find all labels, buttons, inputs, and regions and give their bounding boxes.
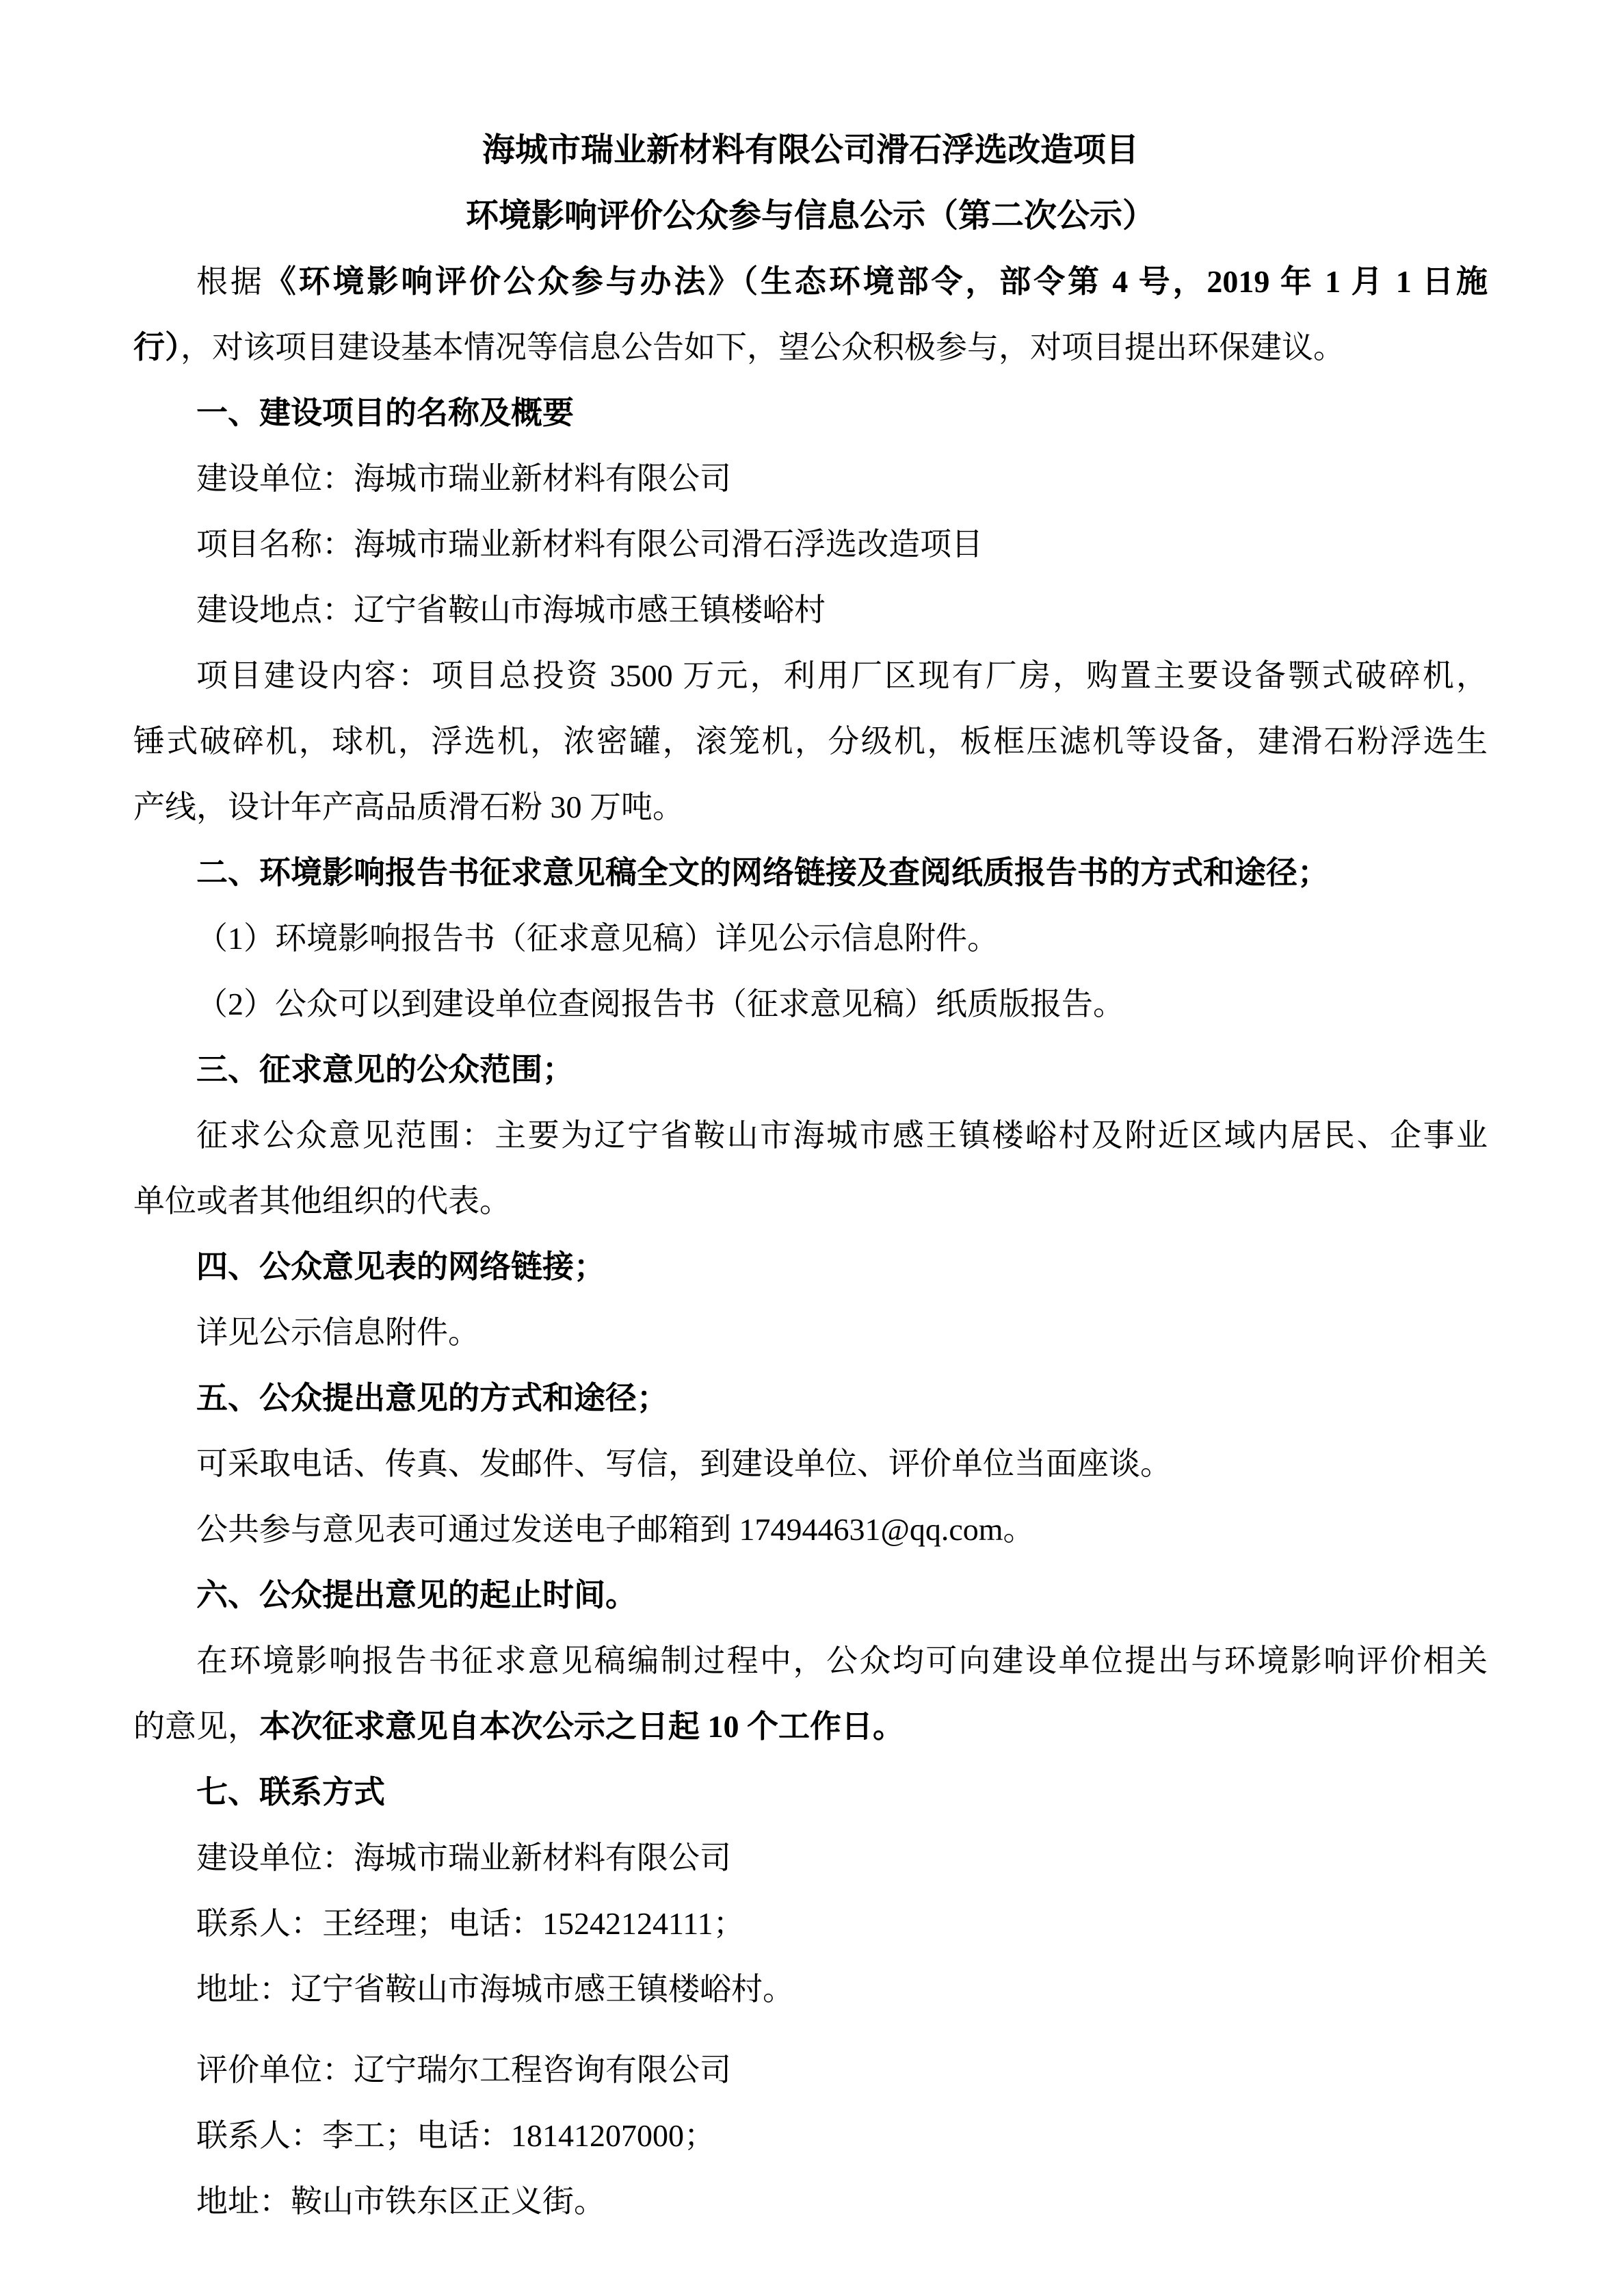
report-access-item-1: （1）环境影响报告书（征求意见稿）详见公示信息附件。: [133, 906, 1488, 971]
document-content: 海城市瑞业新材料有限公司滑石浮选改造项目 环境影响评价公众参与信息公示（第二次公…: [0, 0, 1621, 2234]
feedback-methods-text: 可采取电话、传真、发邮件、写信，到建设单位、评价单位当面座谈。: [196, 1446, 1172, 1481]
doc-title-line-2: 环境影响评价公众参与信息公示（第二次公示）: [133, 183, 1488, 249]
contact-eval-person-line: 联系人：李工；电话：18141207000；: [133, 2103, 1488, 2169]
regulation-name-bold-cont: 行）: [133, 330, 181, 365]
construction-unit-line: 建设单位：海城市瑞业新材料有限公司: [133, 446, 1488, 512]
section-heading-3: 三、征求意见的公众范围；: [133, 1037, 1488, 1103]
section-heading-6: 六、公众提出意见的起止时间。: [133, 1563, 1488, 1628]
public-scope-line-1: 征求公众意见范围：主要为辽宁省鞍山市海城市感王镇楼峪村及附近区域内居民、企事业: [133, 1103, 1488, 1169]
contact-eval-unit-line: 评价单位：辽宁瑞尔工程咨询有限公司: [133, 2037, 1488, 2103]
section-heading-7-text: 七、联系方式: [196, 1775, 385, 1810]
project-content-text-1: 项目建设内容：项目总投资 3500 万元，利用厂区现有厂房，购置主要设备颚式破碎…: [196, 658, 1488, 693]
feedback-email-text: 公共参与意见表可通过发送电子邮箱到 174944631@qq.com。: [196, 1512, 1035, 1547]
report-access-item-1-text: （1）环境影响报告书（征求意见稿）详见公示信息附件。: [196, 921, 999, 956]
opinion-form-link-text: 详见公示信息附件。: [196, 1315, 479, 1350]
section-heading-2-text: 二、环境影响报告书征求意见稿全文的网络链接及查阅纸质报告书的方式和途径；: [196, 855, 1329, 890]
doc-title-text: 海城市瑞业新材料有限公司滑石浮选改造项目: [482, 132, 1139, 168]
intro-paragraph-line-2: 行），对该项目建设基本情况等信息公告如下，望公众积极参与，对项目提出环保建议。: [133, 315, 1488, 380]
section-heading-4-text: 四、公众意见表的网络链接；: [196, 1249, 605, 1284]
comment-period-line-1: 在环境影响报告书征求意见稿编制过程中，公众均可向建设单位提出与环境影响评价相关: [133, 1628, 1488, 1694]
contact-construction-person-text: 联系人：王经理；电话：15242124111；: [196, 1906, 745, 1941]
project-name-line: 项目名称：海城市瑞业新材料有限公司滑石浮选改造项目: [133, 512, 1488, 577]
project-name-text: 项目名称：海城市瑞业新材料有限公司滑石浮选改造项目: [196, 527, 983, 562]
project-location-line: 建设地点：辽宁省鞍山市海城市感王镇楼峪村: [133, 577, 1488, 643]
contact-eval-address-text: 地址：鞍山市铁东区正义街。: [196, 2184, 605, 2219]
public-scope-text-1: 征求公众意见范围：主要为辽宁省鞍山市海城市感王镇楼峪村及附近区域内居民、企事业: [196, 1118, 1488, 1153]
construction-unit-text: 建设单位：海城市瑞业新材料有限公司: [196, 461, 731, 496]
regulation-name-bold: 《环境影响评价公众参与办法》（生态环境部令，部令第 4 号，2019 年 1 月…: [265, 264, 1488, 299]
public-scope-text-2: 单位或者其他组织的代表。: [133, 1184, 511, 1218]
contact-construction-unit-text: 建设单位：海城市瑞业新材料有限公司: [196, 1840, 731, 1875]
feedback-methods-line: 可采取电话、传真、发邮件、写信，到建设单位、评价单位当面座谈。: [133, 1431, 1488, 1497]
project-content-text-3: 产线，设计年产高品质滑石粉 30 万吨。: [133, 790, 684, 824]
comment-period-line-2: 的意见，本次征求意见自本次公示之日起 10 个工作日。: [133, 1694, 1488, 1760]
section-heading-5: 五、公众提出意见的方式和途径；: [133, 1366, 1488, 1431]
section-heading-1-text: 一、建设项目的名称及概要: [196, 395, 574, 430]
comment-period-text-1: 在环境影响报告书征求意见稿编制过程中，公众均可向建设单位提出与环境影响评价相关: [196, 1643, 1488, 1678]
doc-title-line-1: 海城市瑞业新材料有限公司滑石浮选改造项目: [133, 118, 1488, 183]
comment-period-text-2: 的意见，: [133, 1709, 259, 1744]
document-page: 海城市瑞业新材料有限公司滑石浮选改造项目 环境影响评价公众参与信息公示（第二次公…: [0, 0, 1621, 2296]
section-heading-2: 二、环境影响报告书征求意见稿全文的网络链接及查阅纸质报告书的方式和途径；: [133, 840, 1488, 906]
comment-period-deadline-bold: 本次征求意见自本次公示之日起 10 个工作日。: [259, 1709, 904, 1744]
intro-text-regular-cont: ，对该项目建设基本情况等信息公告如下，望公众积极参与，对项目提出环保建议。: [181, 330, 1345, 365]
section-heading-3-text: 三、征求意见的公众范围；: [196, 1052, 574, 1087]
report-access-item-2-text: （2）公众可以到建设单位查阅报告书（征求意见稿）纸质版报告。: [196, 987, 1124, 1021]
project-content-text-2: 锤式破碎机，球机，浮选机，浓密罐，滚笼机，分级机，板框压滤机等设备，建滑石粉浮选…: [133, 724, 1488, 759]
report-access-item-2: （2）公众可以到建设单位查阅报告书（征求意见稿）纸质版报告。: [133, 971, 1488, 1037]
project-content-line-1: 项目建设内容：项目总投资 3500 万元，利用厂区现有厂房，购置主要设备颚式破碎…: [133, 643, 1488, 709]
project-content-line-2: 锤式破碎机，球机，浮选机，浓密罐，滚笼机，分级机，板框压滤机等设备，建滑石粉浮选…: [133, 709, 1488, 774]
contact-construction-address-line: 地址：辽宁省鞍山市海城市感王镇楼峪村。: [133, 1957, 1488, 2022]
section-heading-5-text: 五、公众提出意见的方式和途径；: [196, 1381, 668, 1416]
feedback-email-line: 公共参与意见表可通过发送电子邮箱到 174944631@qq.com。: [133, 1497, 1488, 1563]
project-content-line-3: 产线，设计年产高品质滑石粉 30 万吨。: [133, 774, 1488, 840]
intro-text-regular: 根据: [196, 264, 265, 299]
opinion-form-link-line: 详见公示信息附件。: [133, 1300, 1488, 1366]
section-heading-7: 七、联系方式: [133, 1760, 1488, 1825]
public-scope-line-2: 单位或者其他组织的代表。: [133, 1169, 1488, 1234]
project-location-text: 建设地点：辽宁省鞍山市海城市感王镇楼峪村: [196, 592, 826, 627]
contact-construction-address-text: 地址：辽宁省鞍山市海城市感王镇楼峪村。: [196, 1972, 794, 2007]
contact-eval-person-text: 联系人：李工；电话：18141207000；: [196, 2118, 715, 2153]
contact-construction-person-line: 联系人：王经理；电话：15242124111；: [133, 1891, 1488, 1957]
section-heading-6-text: 六、公众提出意见的起止时间。: [196, 1578, 637, 1613]
contact-eval-unit-text: 评价单位：辽宁瑞尔工程咨询有限公司: [196, 2052, 731, 2087]
section-heading-1: 一、建设项目的名称及概要: [133, 380, 1488, 446]
intro-paragraph-line-1: 根据《环境影响评价公众参与办法》（生态环境部令，部令第 4 号，2019 年 1…: [133, 249, 1488, 315]
doc-subtitle-text: 环境影响评价公众参与信息公示（第二次公示）: [466, 198, 1155, 234]
contact-eval-address-line: 地址：鞍山市铁东区正义街。: [133, 2169, 1488, 2234]
contact-construction-unit-line: 建设单位：海城市瑞业新材料有限公司: [133, 1825, 1488, 1891]
section-heading-4: 四、公众意见表的网络链接；: [133, 1234, 1488, 1300]
